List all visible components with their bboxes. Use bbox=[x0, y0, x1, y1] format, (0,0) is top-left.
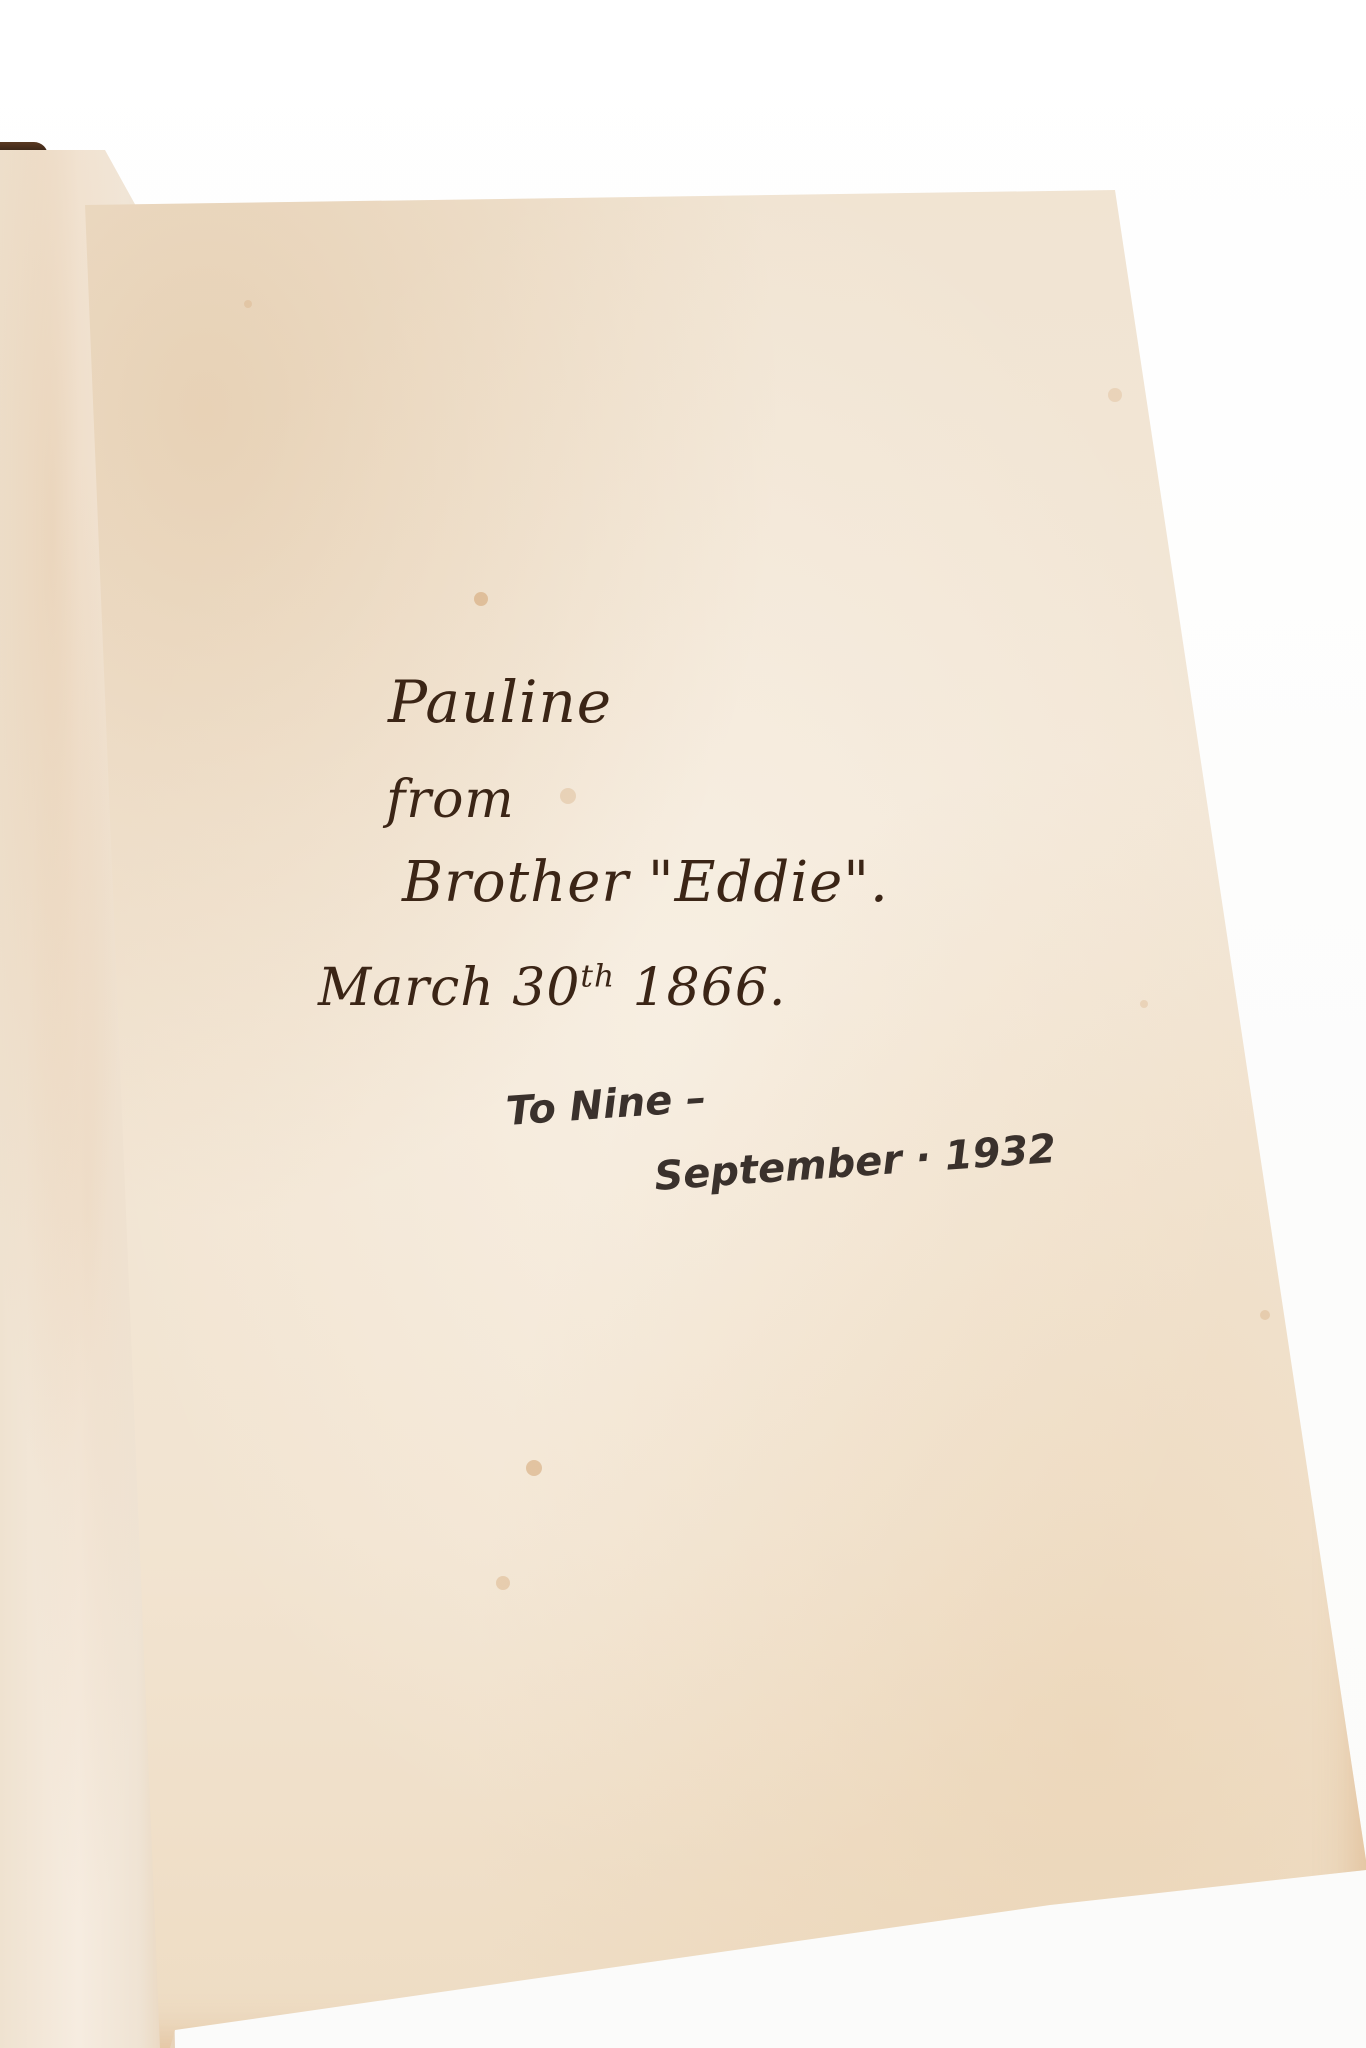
inscription-date-1866: March 30th 1866. bbox=[318, 958, 786, 1018]
foxing-spot bbox=[1260, 1310, 1270, 1320]
date-month-day: March 30 bbox=[318, 958, 580, 1018]
foxing-spot bbox=[526, 1460, 542, 1476]
flyleaf-page bbox=[0, 0, 1366, 2048]
foxing-spot bbox=[496, 1576, 510, 1590]
date-suffix: th bbox=[580, 959, 615, 995]
foxing-spot bbox=[1140, 1000, 1148, 1008]
foxing-spot bbox=[474, 592, 488, 606]
inscription-sender: Brother "Eddie". bbox=[402, 850, 889, 915]
foxing-spot bbox=[560, 788, 576, 804]
foxing-spot bbox=[244, 300, 252, 308]
inscription-name: Pauline bbox=[388, 668, 612, 736]
foxing-spot bbox=[1108, 388, 1122, 402]
photo-scene: Pauline from Brother "Eddie". March 30th… bbox=[0, 0, 1366, 2048]
inscription-from: from bbox=[386, 770, 515, 830]
date-year: 1866. bbox=[633, 958, 787, 1018]
